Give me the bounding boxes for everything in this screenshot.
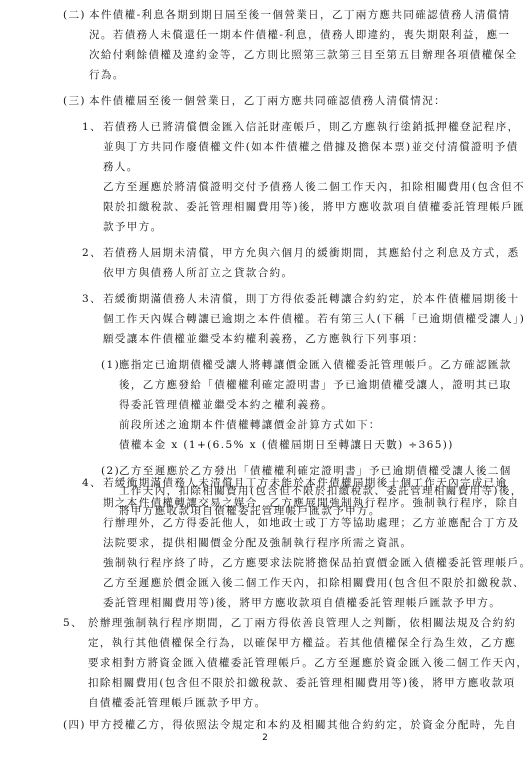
text-line: 況。若債務人未償還任一期本件債權-利息，債務人即違約，喪失期限利益，應一 xyxy=(89,28,510,42)
text-line: 乙方至遲應於價金匯入後二個工作天內，扣除相關費用(包含但不限於扣繳稅款、 xyxy=(103,576,525,590)
text-line: 前段所述之逾期本件債權轉讓價金計算方式如下： xyxy=(119,418,381,432)
section-marker-3: (三) xyxy=(63,94,86,108)
text-line: 若緩衝期滿債務人未清償，則丁方得依委託轉讓合約約定，於本件債權屆期後十 xyxy=(103,292,520,306)
item-marker-4: 4、 xyxy=(82,476,102,490)
item-marker-1: 1、 xyxy=(82,120,102,134)
subitem-marker-1: (1) xyxy=(101,358,120,372)
text-line: 法院要求，提供相關價金分配及強制執行程序所需之資訊。 xyxy=(103,536,412,550)
text-line: 期之本件債權轉讓交易之媒合，乙方應展開強制執行程序。強制執行程序，除自 xyxy=(103,496,520,510)
text-line: 行為。 xyxy=(89,68,125,82)
text-line: 強制執行程序終了時，乙方應要求法院將擔保品拍賣價金匯入債權委託管理帳戶。 xyxy=(103,556,530,570)
text-line: 於辦理強制執行程序期間，乙丁兩方得依善良管理人之判斷，依相關法規及合約約 xyxy=(88,616,516,630)
text-line: 若債務人屆期未清償，甲方允與六個月的緩衝期間，其應給付之利息及方式，悉 xyxy=(103,246,520,260)
text-line: 乙方至遲應於將清償證明交付予債務人後二個工作天內，扣除相關費用(包含但不 xyxy=(103,180,525,194)
text-line: 委託管理相關費用等)後，將甲方應收款項自債權委託管理帳戶匯款予甲方。 xyxy=(103,596,501,610)
text-line: 限於扣繳稅款、委託管理相關費用等)後，將甲方應收款項自債權委託管理帳戶匯 xyxy=(103,200,525,214)
text-line: 本件債權-利息各期到期日屆至後一個營業日，乙丁兩方應共同確認債務人清償情 xyxy=(89,8,510,22)
text-line: 款予甲方。 xyxy=(103,220,163,234)
text-line: 個工作天內媒合轉讓已逾期之本件債權。若有第三人(下稱「已逾期債權受讓人」) xyxy=(103,312,525,326)
text-line: 得委託管理債權並繼受本約之權利義務。 xyxy=(119,398,333,412)
page-number: 2 xyxy=(0,733,530,743)
text-line: 若債務人已將清償價金匯入信託財產帳戶，則乙方應執行塗銷抵押權登記程序， xyxy=(103,120,520,134)
text-line: 後，乙方應發給「債權權利確定證明書」予已逾期債權受讓人，證明其已取 xyxy=(119,378,512,392)
text-line: 扣除相關費用(包含但不限於扣繳稅款、委託管理相關費用等)後，將甲方應收款項 xyxy=(88,676,516,690)
text-line: 願受讓本件債權並繼受本約權利義務，乙方應執行下列事項： xyxy=(103,332,424,346)
text-line: 應指定已逾期債權受讓人將轉讓價金匯入債權委託管理帳戶。乙方確認匯款 xyxy=(119,358,512,372)
item-marker-3: 3、 xyxy=(82,292,102,306)
section-marker-4: (四) xyxy=(63,718,86,732)
text-line: 並與丁方共同作廢債權文件(如本件債權之借據及擔保本票)並交付清償證明予債 xyxy=(103,140,519,154)
text-line: 要求相對方將資金匯入債權委託管理帳戶。乙方至遲應於資金匯入後二個工作天內， xyxy=(88,656,528,670)
document-page: (二) 本件債權-利息各期到期日屆至後一個營業日，乙丁兩方應共同確認債務人清償情… xyxy=(0,0,530,774)
text-line: 行辦理外，乙方得委託他人，如地政士或丁方等協助處理；乙方並應配合丁方及 xyxy=(103,516,520,530)
text-line: 自債權委託管理帳戶匯款予甲方。 xyxy=(88,696,267,710)
text-line: 甲方授權乙方，得依照法令規定和本約及相關其他合約約定，於資金分配時，先自 xyxy=(89,718,517,732)
item-marker-5: 5、 xyxy=(63,616,83,630)
formula-line: 債權本金 x (1+(6.5% x (債權屆期日至轉讓日天數) ÷365)) xyxy=(119,438,454,452)
text-line: 務人。 xyxy=(103,160,139,174)
item-marker-2: 2、 xyxy=(82,246,102,260)
section-marker-2: (二) xyxy=(63,8,86,22)
text-line: 若緩衝期滿債務人未清償且丁方未能於本件債權屆期後十個工作天內完成已逾 xyxy=(103,476,508,490)
text-line: 本件債權屆至後一個營業日，乙丁兩方應共同確認債務人清償情況： xyxy=(89,94,446,108)
text-line: 定，執行其他債權保全行為，以確保甲方權益。若其他債權保全行為生效，乙方應 xyxy=(88,636,516,650)
text-line: 次給付剩餘債權及違約金等，乙方則比照第三款第三目至第五目辦理各項債權保全 xyxy=(89,48,517,62)
text-line: 依甲方與債務人所訂立之貸款合約。 xyxy=(103,266,293,280)
